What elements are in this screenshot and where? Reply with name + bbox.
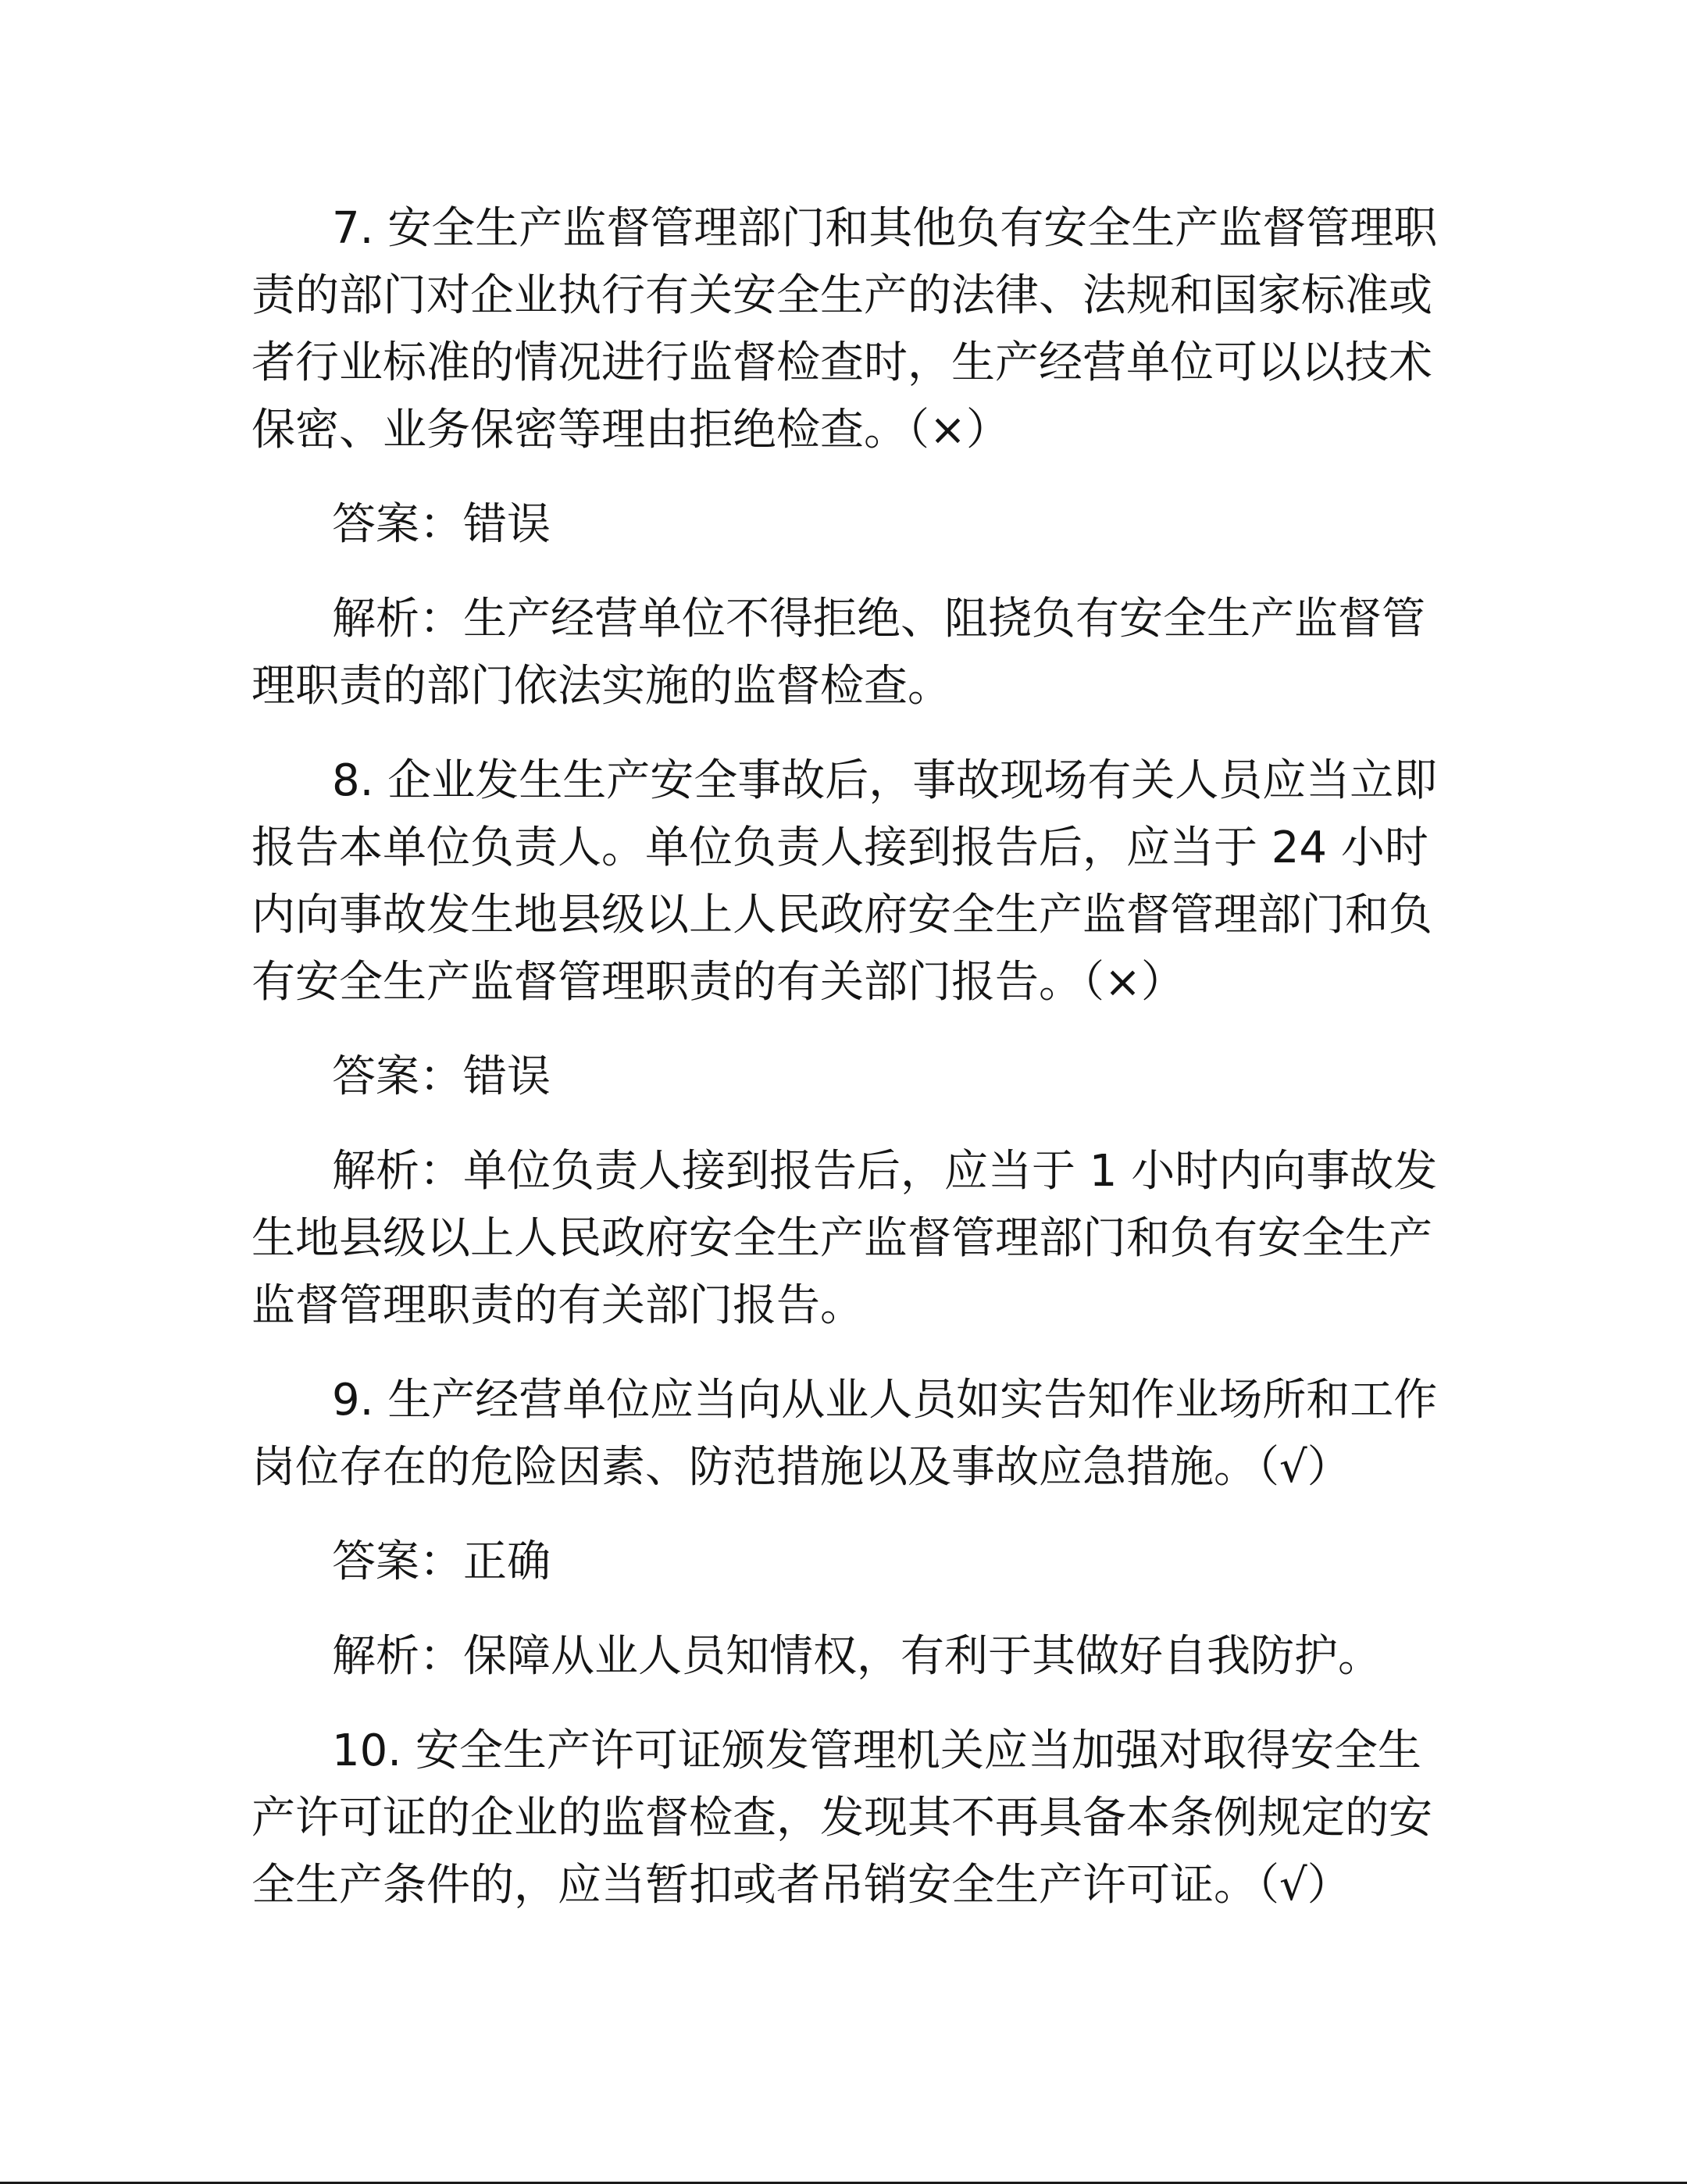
statement-line: 者行业标准的情况进行监督检查时，生产经营单位可以以技术 [251,330,1439,397]
question-9-analysis: 解析：保障从业人员知情权，有利于其做好自我防护。 [251,1623,1439,1690]
question-7-answer: 答案：错误 [251,491,1439,558]
analysis-line: 解析：保障从业人员知情权，有利于其做好自我防护。 [251,1623,1439,1690]
analysis-line: 理职责的部门依法实施的监督检查。 [251,653,1439,720]
statement-line: 9. 生产经营单位应当向从业人员如实告知作业场所和工作 [251,1367,1439,1434]
statement-line: 责的部门对企业执行有关安全生产的法律、法规和国家标准或 [251,262,1439,330]
question-8-answer: 答案：错误 [251,1044,1439,1111]
answer-line: 答案：错误 [251,1044,1439,1111]
question-10-statement: 10. 安全生产许可证颁发管理机关应当加强对取得安全生 产许可证的企业的监督检查… [251,1718,1439,1919]
statement-line: 10. 安全生产许可证颁发管理机关应当加强对取得安全生 [251,1718,1439,1785]
question-8-statement: 8. 企业发生生产安全事故后，事故现场有关人员应当立即 报告本单位负责人。单位负… [251,748,1439,1016]
document-page: 7. 安全生产监督管理部门和其他负有安全生产监督管理职 责的部门对企业执行有关安… [0,0,1687,2184]
statement-line: 有安全生产监督管理职责的有关部门报告。（×） [251,949,1439,1016]
statement-line: 7. 安全生产监督管理部门和其他负有安全生产监督管理职 [251,195,1439,262]
question-8-analysis: 解析：单位负责人接到报告后，应当于 1 小时内向事故发 生地县级以上人民政府安全… [251,1138,1439,1340]
statement-line: 全生产条件的，应当暂扣或者吊销安全生产许可证。（√） [251,1852,1439,1919]
analysis-line: 解析：单位负责人接到报告后，应当于 1 小时内向事故发 [251,1138,1439,1205]
statement-line: 8. 企业发生生产安全事故后，事故现场有关人员应当立即 [251,748,1439,815]
question-9-answer: 答案：正确 [251,1529,1439,1596]
question-9-statement: 9. 生产经营单位应当向从业人员如实告知作业场所和工作 岗位存在的危险因素、防范… [251,1367,1439,1501]
question-7-analysis: 解析：生产经营单位不得拒绝、阻挠负有安全生产监督管 理职责的部门依法实施的监督检… [251,586,1439,720]
statement-line: 保密、业务保密等理由拒绝检查。（×） [251,397,1439,464]
statement-line: 产许可证的企业的监督检查，发现其不再具备本条例规定的安 [251,1785,1439,1852]
analysis-line: 生地县级以上人民政府安全生产监督管理部门和负有安全生产 [251,1205,1439,1272]
statement-line: 岗位存在的危险因素、防范措施以及事故应急措施。（√） [251,1434,1439,1501]
analysis-line: 监督管理职责的有关部门报告。 [251,1272,1439,1340]
question-7-statement: 7. 安全生产监督管理部门和其他负有安全生产监督管理职 责的部门对企业执行有关安… [251,195,1439,464]
statement-line: 报告本单位负责人。单位负责人接到报告后，应当于 24 小时 [251,815,1439,882]
answer-line: 答案：错误 [251,491,1439,558]
answer-line: 答案：正确 [251,1529,1439,1596]
document-body: 7. 安全生产监督管理部门和其他负有安全生产监督管理职 责的部门对企业执行有关安… [251,195,1439,1947]
analysis-line: 解析：生产经营单位不得拒绝、阻挠负有安全生产监督管 [251,586,1439,653]
statement-line: 内向事故发生地县级以上人民政府安全生产监督管理部门和负 [251,882,1439,949]
